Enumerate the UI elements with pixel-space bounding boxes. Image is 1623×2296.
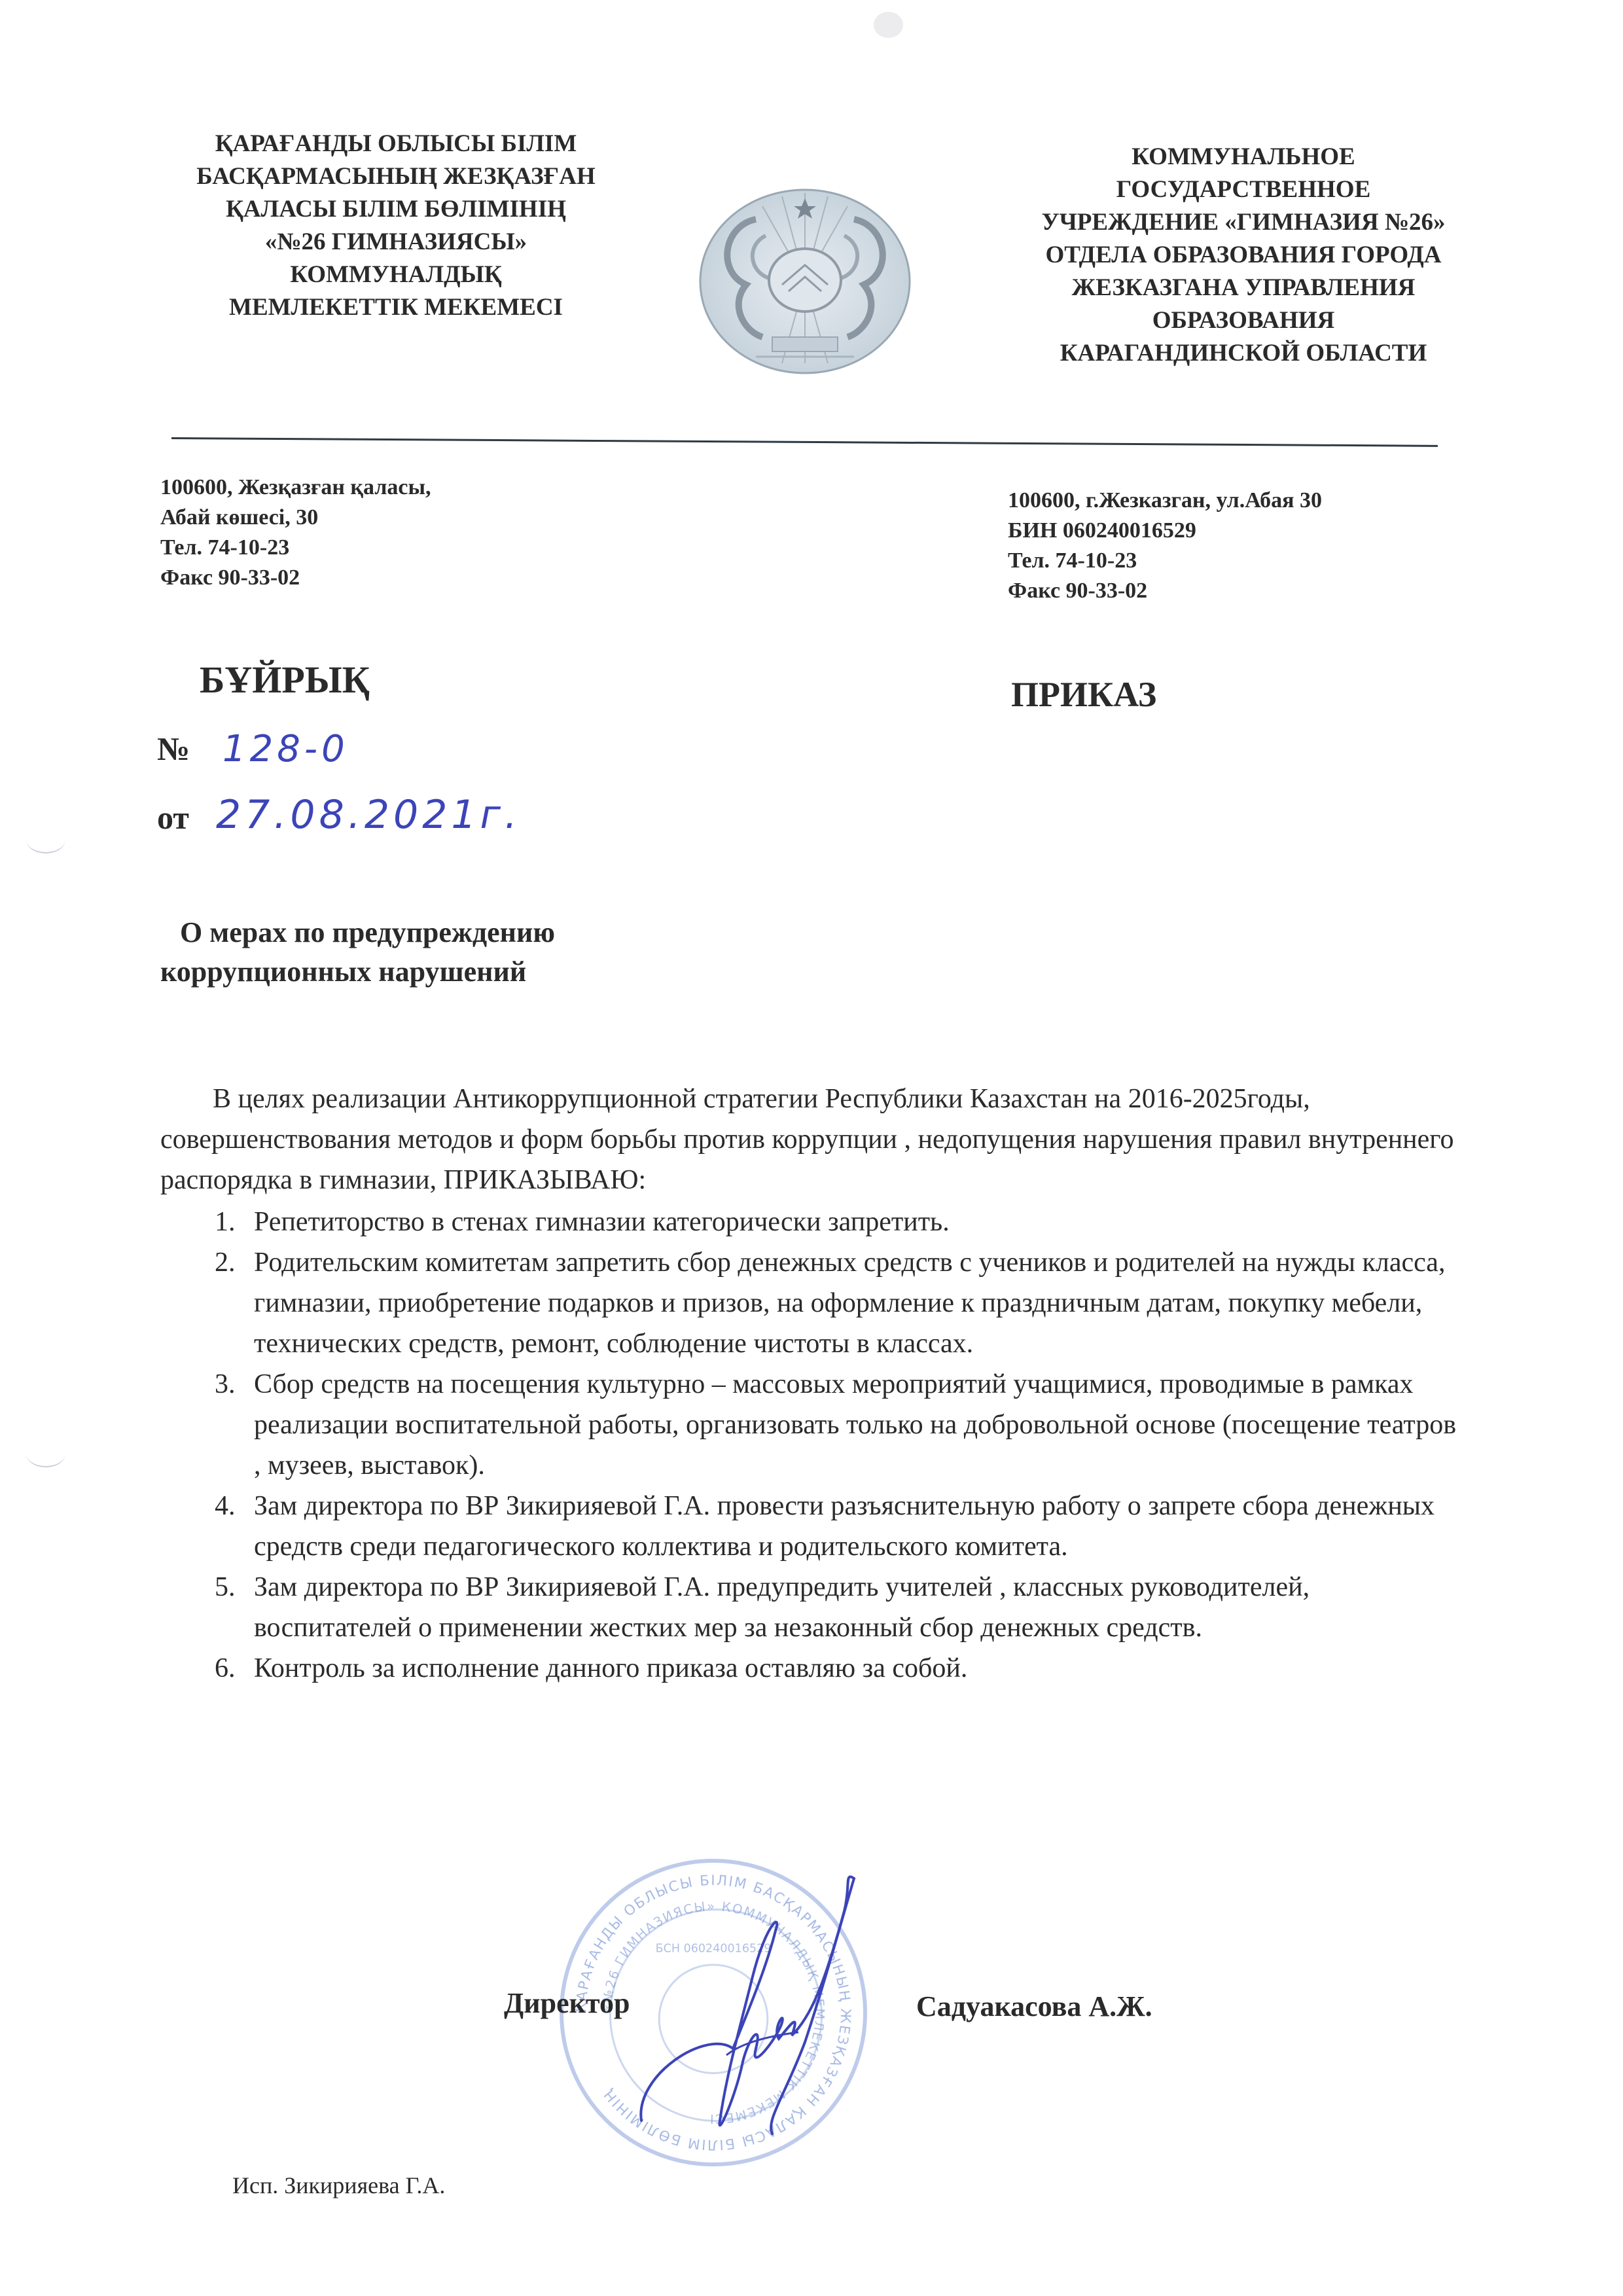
fax-line: Факс 90-33-02 [160,563,431,593]
punch-hole-mark [26,1440,65,1467]
org-name-ru-line: ОТДЕЛА ОБРАЗОВАНИЯ ГОРОДА [978,239,1508,272]
org-name-ru-line: КАРАГАНДИНСКОЙ ОБЛАСТИ [978,337,1508,370]
org-name-kz: ҚАРАҒАНДЫ ОБЛЫСЫ БІЛІМ БАСҚАРМАСЫНЫҢ ЖЕЗ… [147,128,645,324]
subject-line: О мерах по предупреждению [160,913,555,952]
signer-name: Садуакасова А.Ж. [916,1990,1152,2023]
order-preamble: В целях реализации Антикоррупционной стр… [160,1079,1463,1200]
org-name-kz-line: КОММУНАЛДЫҚ [147,259,645,291]
address-kz: 100600, Жезқазған қаласы, Абай көшесі, 3… [160,473,431,593]
org-name-ru-line: УЧРЕЖДЕНИЕ «ГИМНАЗИЯ №26» [978,206,1508,239]
address-line: Абай көшесі, 30 [160,503,431,533]
org-name-kz-line: БАСҚАРМАСЫНЫҢ ЖЕЗҚАЗҒАН [147,160,645,193]
order-date-handwritten: 27.08.2021г. [216,792,521,838]
signer-title: Директор [504,1986,630,2020]
phone-line: Тел. 74-10-23 [1008,546,1322,576]
org-name-ru-line: ЖЕЗКАЗГАНА УПРАВЛЕНИЯ [978,272,1508,304]
order-item: Сбор средств на посещения культурно – ма… [242,1364,1463,1486]
org-name-ru-line: ОБРАЗОВАНИЯ [978,304,1508,337]
subject-line: коррупционных нарушений [160,952,555,992]
order-item: Зам директора по ВР Зикирияевой Г.А. пре… [242,1567,1463,1648]
org-name-kz-line: ҚАЛАСЫ БІЛІМ БӨЛІМІНІҢ [147,193,645,226]
address-ru: 100600, г.Жезказган, ул.Абая 30 БИН 0602… [1008,486,1322,606]
handwritten-signature-icon [628,1859,903,2147]
org-name-kz-line: МЕМЛЕКЕТТІК МЕКЕМЕСІ [147,291,645,324]
order-item: Родительским комитетам запретить сбор де… [242,1242,1463,1364]
address-line: 100600, г.Жезказган, ул.Абая 30 [1008,486,1322,516]
order-subject: О мерах по предупреждению коррупционных … [160,913,555,992]
order-item: Репетиторство в стенах гимназии категори… [242,1202,1463,1242]
order-item: Контроль за исполнение данного приказа о… [242,1648,1463,1689]
document-title-ru: ПРИКАЗ [1011,674,1156,715]
fax-line: Факс 90-33-02 [1008,576,1322,606]
header-divider [171,437,1438,447]
address-line: 100600, Жезқазған қаласы, [160,473,431,503]
order-items-list: Репетиторство в стенах гимназии категори… [160,1202,1463,1689]
order-item: Зам директора по ВР Зикирияевой Г.А. про… [242,1486,1463,1567]
order-number-label: № [157,730,190,768]
executor-note: Исп. Зикирияева Г.А. [232,2172,445,2199]
order-date-label: от [157,798,189,836]
order-body: В целях реализации Антикоррупционной стр… [160,1079,1463,1689]
org-name-kz-line: ҚАРАҒАНДЫ ОБЛЫСЫ БІЛІМ [147,128,645,160]
org-name-ru-line: ГОСУДАРСТВЕННОЕ [978,173,1508,206]
order-number-handwritten: 128-0 [223,728,349,770]
punch-hole-mark [26,826,65,853]
org-name-ru: КОММУНАЛЬНОЕ ГОСУДАРСТВЕННОЕ УЧРЕЖДЕНИЕ … [978,141,1508,370]
phone-line: Тел. 74-10-23 [160,533,431,563]
org-name-ru-line: КОММУНАЛЬНОЕ [978,141,1508,173]
state-emblem-icon [684,173,926,389]
scan-smudge [874,12,903,38]
document-title-kz: БҰЙРЫҚ [200,658,370,702]
bin-line: БИН 060240016529 [1008,516,1322,546]
org-name-kz-line: «№26 ГИМНАЗИЯСЫ» [147,226,645,259]
